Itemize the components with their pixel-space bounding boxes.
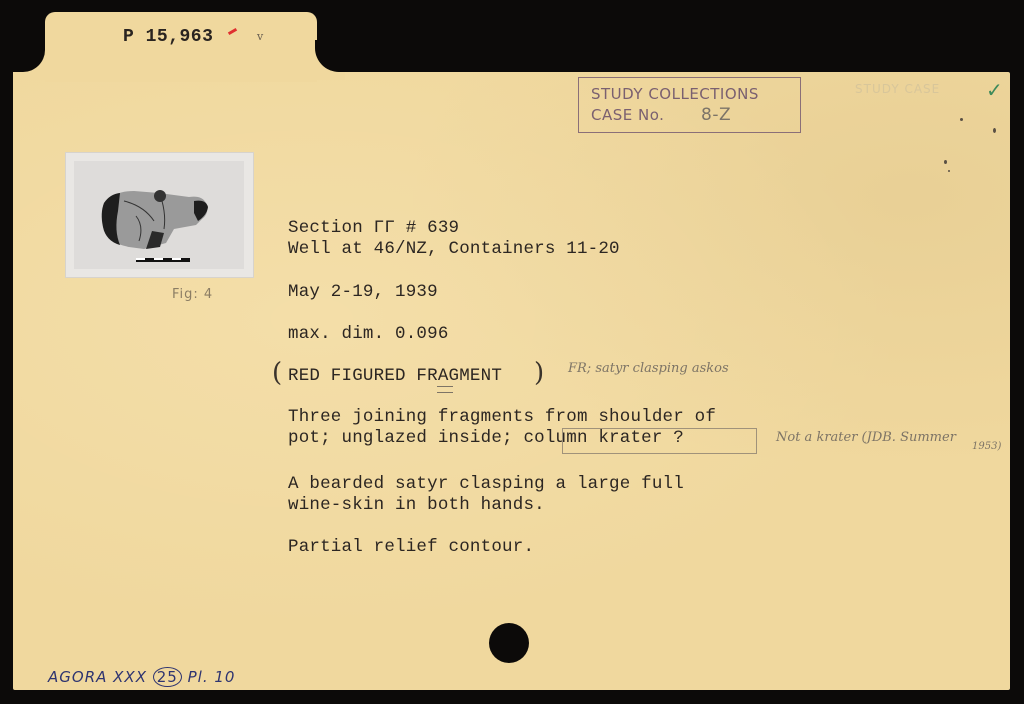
- faint-pencil-note: STUDY CASE: [855, 82, 940, 96]
- stain-speck: [944, 160, 947, 164]
- publication-reference: AGORA XXX 25 Pl. 10: [48, 667, 235, 687]
- date-line: May 2-19, 1939: [288, 282, 438, 302]
- description-2-line-1: A bearded satyr clasping a large full: [288, 474, 684, 494]
- category-line: RED FIGURED FRAGMENT: [288, 366, 502, 386]
- stain-speck: [960, 118, 963, 121]
- description-2-line-2: wine-skin in both hands.: [288, 495, 545, 515]
- punch-hole: [489, 623, 529, 663]
- stain-speck: [993, 128, 996, 133]
- krater-bracket: [562, 428, 755, 454]
- krater-bracket-end: [750, 428, 757, 454]
- location-line: Well at 46/NZ, Containers 11-20: [288, 239, 620, 259]
- plate-number: Pl. 10: [188, 668, 236, 686]
- fragment-photo: [65, 152, 254, 278]
- krater-handnote: Not a krater (JDB. Summer: [776, 430, 956, 445]
- double-underline: [437, 386, 453, 393]
- dimension-line: max. dim. 0.096: [288, 324, 449, 344]
- scale-bar: [136, 258, 190, 262]
- description-3: Partial relief contour.: [288, 537, 534, 557]
- stamp-line-2: CASE No.: [591, 106, 664, 124]
- photo-caption: Fig: 4: [172, 287, 213, 302]
- card-tab: [45, 12, 317, 82]
- stain-speck: [948, 170, 950, 172]
- section-line: Section ΓΓ # 639: [288, 218, 459, 238]
- photo-image-area: [74, 161, 244, 269]
- category-handnote: FR; satyr clasping askos: [568, 361, 729, 376]
- case-number-value: 8-Z: [701, 105, 731, 125]
- stamp-line-1: STUDY COLLECTIONS: [591, 85, 759, 103]
- close-paren: ): [534, 358, 544, 388]
- tab-right-shoulder: [305, 40, 345, 80]
- publication-prefix: AGORA XXX: [48, 668, 147, 686]
- pottery-fragment-image: [74, 161, 244, 269]
- circled-volume-number: 25: [153, 667, 182, 687]
- study-collections-stamp: STUDY COLLECTIONS CASE No. 8-Z: [578, 77, 801, 133]
- open-paren: (: [272, 358, 282, 388]
- tab-pencil-mark: v: [257, 30, 263, 43]
- green-check-icon: ✓: [986, 78, 1003, 102]
- catalog-number: P 15,963: [123, 27, 213, 47]
- description-1-line-1: Three joining fragments from shoulder of: [288, 407, 716, 427]
- krater-handnote-year: 1953): [972, 441, 1001, 452]
